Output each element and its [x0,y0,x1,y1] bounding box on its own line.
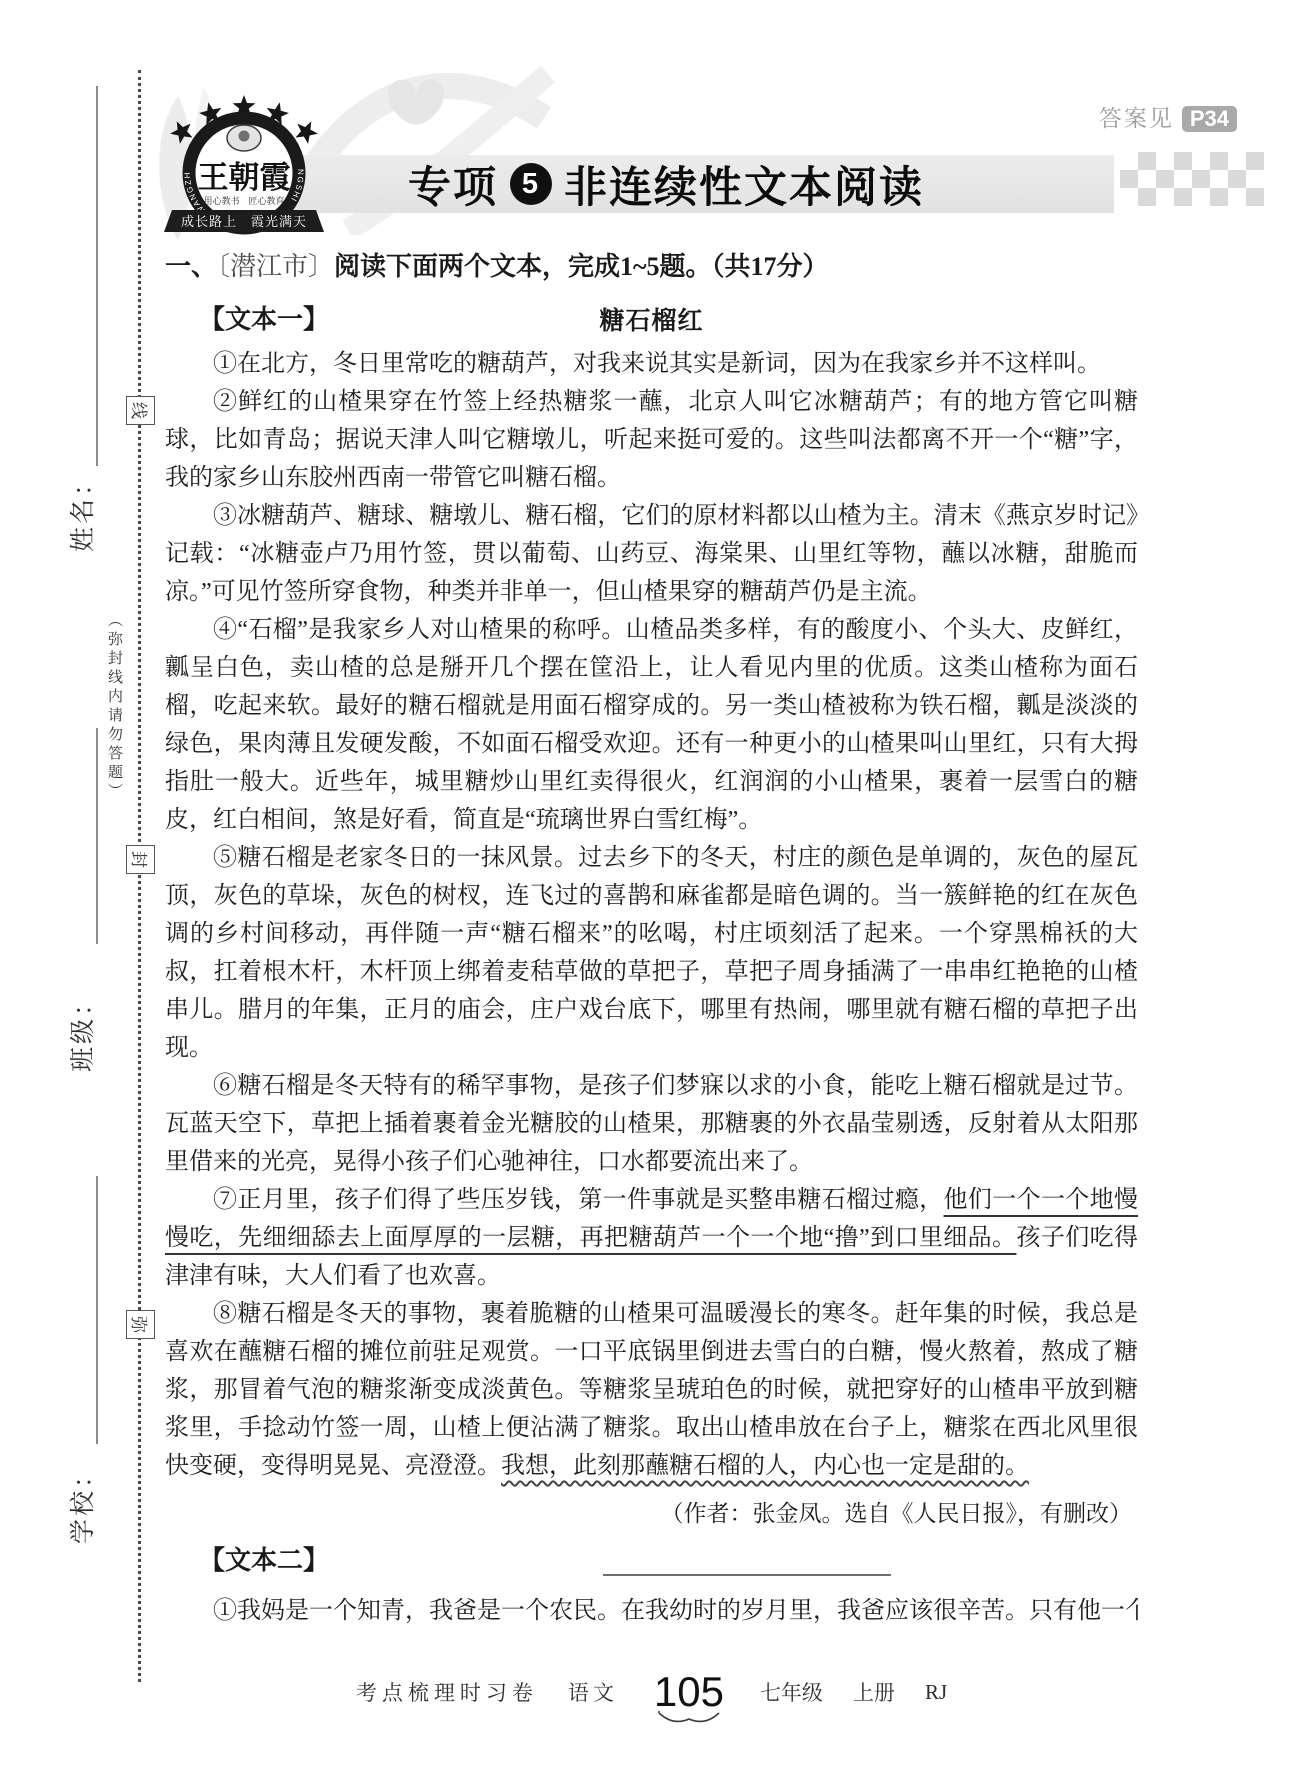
text2-title-blank-line [603,1574,891,1576]
paragraph-8-wavy-underlined: 我想，此刻那蘸糖石榴的人，内心也一定是甜的。 [501,1453,1029,1479]
name-write-line [96,86,98,466]
seal-dotted-line [138,70,141,1682]
paragraph-6: ⑥糖石榴是冬天特有的稀罕事物，是孩子们梦寐以求的小食，能吃上糖石榴就是过节。瓦蓝… [165,1067,1138,1181]
circled-number: 5 [510,163,552,205]
footer-series: 考点梳理时习卷 [356,1677,538,1707]
class-field-label: 班级： [63,935,99,1125]
paragraph-5: ⑤糖石榴是老家冬日的一抹风景。过去乡下的冬天，村庄的颜色是单调的，灰色的屋瓦顶，… [165,839,1138,1067]
text2-label: 【文本二】 [199,1540,329,1577]
brand-badge: WANGZHAOXIA NGSHI 王朝霞 用心教书 匠心教育 成长路上 霞光满… [148,74,340,246]
paragraph-3: ③冰糖葫芦、糖球、糖墩儿、糖石榴，它们的原材料都以山楂为主。清末《燕京岁时记》记… [165,497,1138,611]
school-write-line [96,1176,98,1444]
seal-char-box: 弥 [126,1310,155,1339]
workbook-page: 姓名： 班级： 学校： （弥封线内请勿答题） 线 封 弥 专项 5 非连续性文本… [0,0,1289,1789]
school-field-label: 学校： [63,1407,99,1597]
footer-subject: 语文 [568,1677,618,1707]
text2-paragraph-1: ①我妈是一个知青，我爸是一个农民。在我幼时的岁月里，我爸应该很辛苦。只有他一个农… [165,1592,1138,1630]
seal-char-box: 线 [126,396,155,425]
answer-reference: 答案见P34 [1099,100,1237,133]
footer-page-wrap: 105 [648,1672,730,1712]
footer-edition: RJ [925,1680,947,1705]
portrait-face-icon [239,131,250,142]
brand-ribbon-text: 成长路上 霞光满天 [181,214,307,229]
open-book-icon [656,1711,722,1727]
section-city-tag: 〔潜江市〕 [217,252,334,281]
paragraph-1: ①在北方，冬日里常吃的糖葫芦，对我来说其实是新词，因为在我家乡并不这样叫。 [165,345,1138,383]
class-write-line [96,728,98,944]
paragraph-2: ②鲜红的山楂果穿在竹签上经热糖浆一蘸，北京人叫它冰糖葫芦；有的地方管它叫糖球，比… [165,383,1138,497]
section-number: 一、 [165,252,217,281]
checkerboard-pattern [1120,152,1264,206]
footer-page-number: 105 [654,1668,724,1715]
answer-page-badge: P34 [1182,106,1237,132]
seal-char: 封 [128,851,153,868]
page-footer: 考点梳理时习卷 语文 105 七年级 上册 RJ [165,1672,1138,1712]
answer-ref-label: 答案见 [1099,106,1174,131]
brand-tagline: 用心教书 匠心教育 [203,195,284,206]
title-strip: 专项 5 非连续性文本阅读 [268,155,1114,213]
text1-heading-row: 【文本一】 糖石榴红 [165,299,1138,345]
seal-line-note: （弥封线内请勿答题） [104,612,125,842]
name-field-label: 姓名： [63,415,99,605]
text2-heading-row: 【文本二】 [165,1540,1138,1592]
paragraph-7: ⑦正月里，孩子们得了些压岁钱，第一件事就是买整串糖石榴过瘾，他们一个一个地慢慢吃… [165,1181,1138,1295]
paragraph-7-lead: ⑦正月里，孩子们得了些压岁钱，第一件事就是买整串糖石榴过瘾， [213,1187,944,1213]
attribution: （作者：张金凤。选自《人民日报》，有删改） [165,1495,1132,1528]
page-title: 专项 5 非连续性文本阅读 [408,155,924,213]
main-content: 一、〔潜江市〕阅读下面两个文本，完成1~5题。（共17分） 【文本一】 糖石榴红… [165,246,1138,1630]
text1-title: 糖石榴红 [165,301,1138,337]
footer-grade: 七年级 [760,1677,823,1707]
footer-volume: 上册 [853,1677,895,1707]
title-prefix: 专项 [408,154,498,215]
seal-char-box: 封 [126,845,155,874]
section-heading: 一、〔潜江市〕阅读下面两个文本，完成1~5题。（共17分） [165,246,1138,283]
seal-char: 线 [128,402,153,419]
section-task: 阅读下面两个文本，完成1~5题。（共17分） [334,252,829,281]
brand-name: 王朝霞 [198,160,291,195]
paragraph-4: ④“石榴”是我家乡人对山楂果的称呼。山楂品类多样，有的酸度小、个头大、皮鲜红，瓤… [165,611,1138,839]
title-text: 非连续性文本阅读 [564,154,924,215]
seal-char: 弥 [128,1316,153,1333]
paragraph-8: ⑧糖石榴是冬天的事物，裹着脆糖的山楂果可温暖漫长的寒冬。赶年集的时候，我总是喜欢… [165,1295,1138,1485]
